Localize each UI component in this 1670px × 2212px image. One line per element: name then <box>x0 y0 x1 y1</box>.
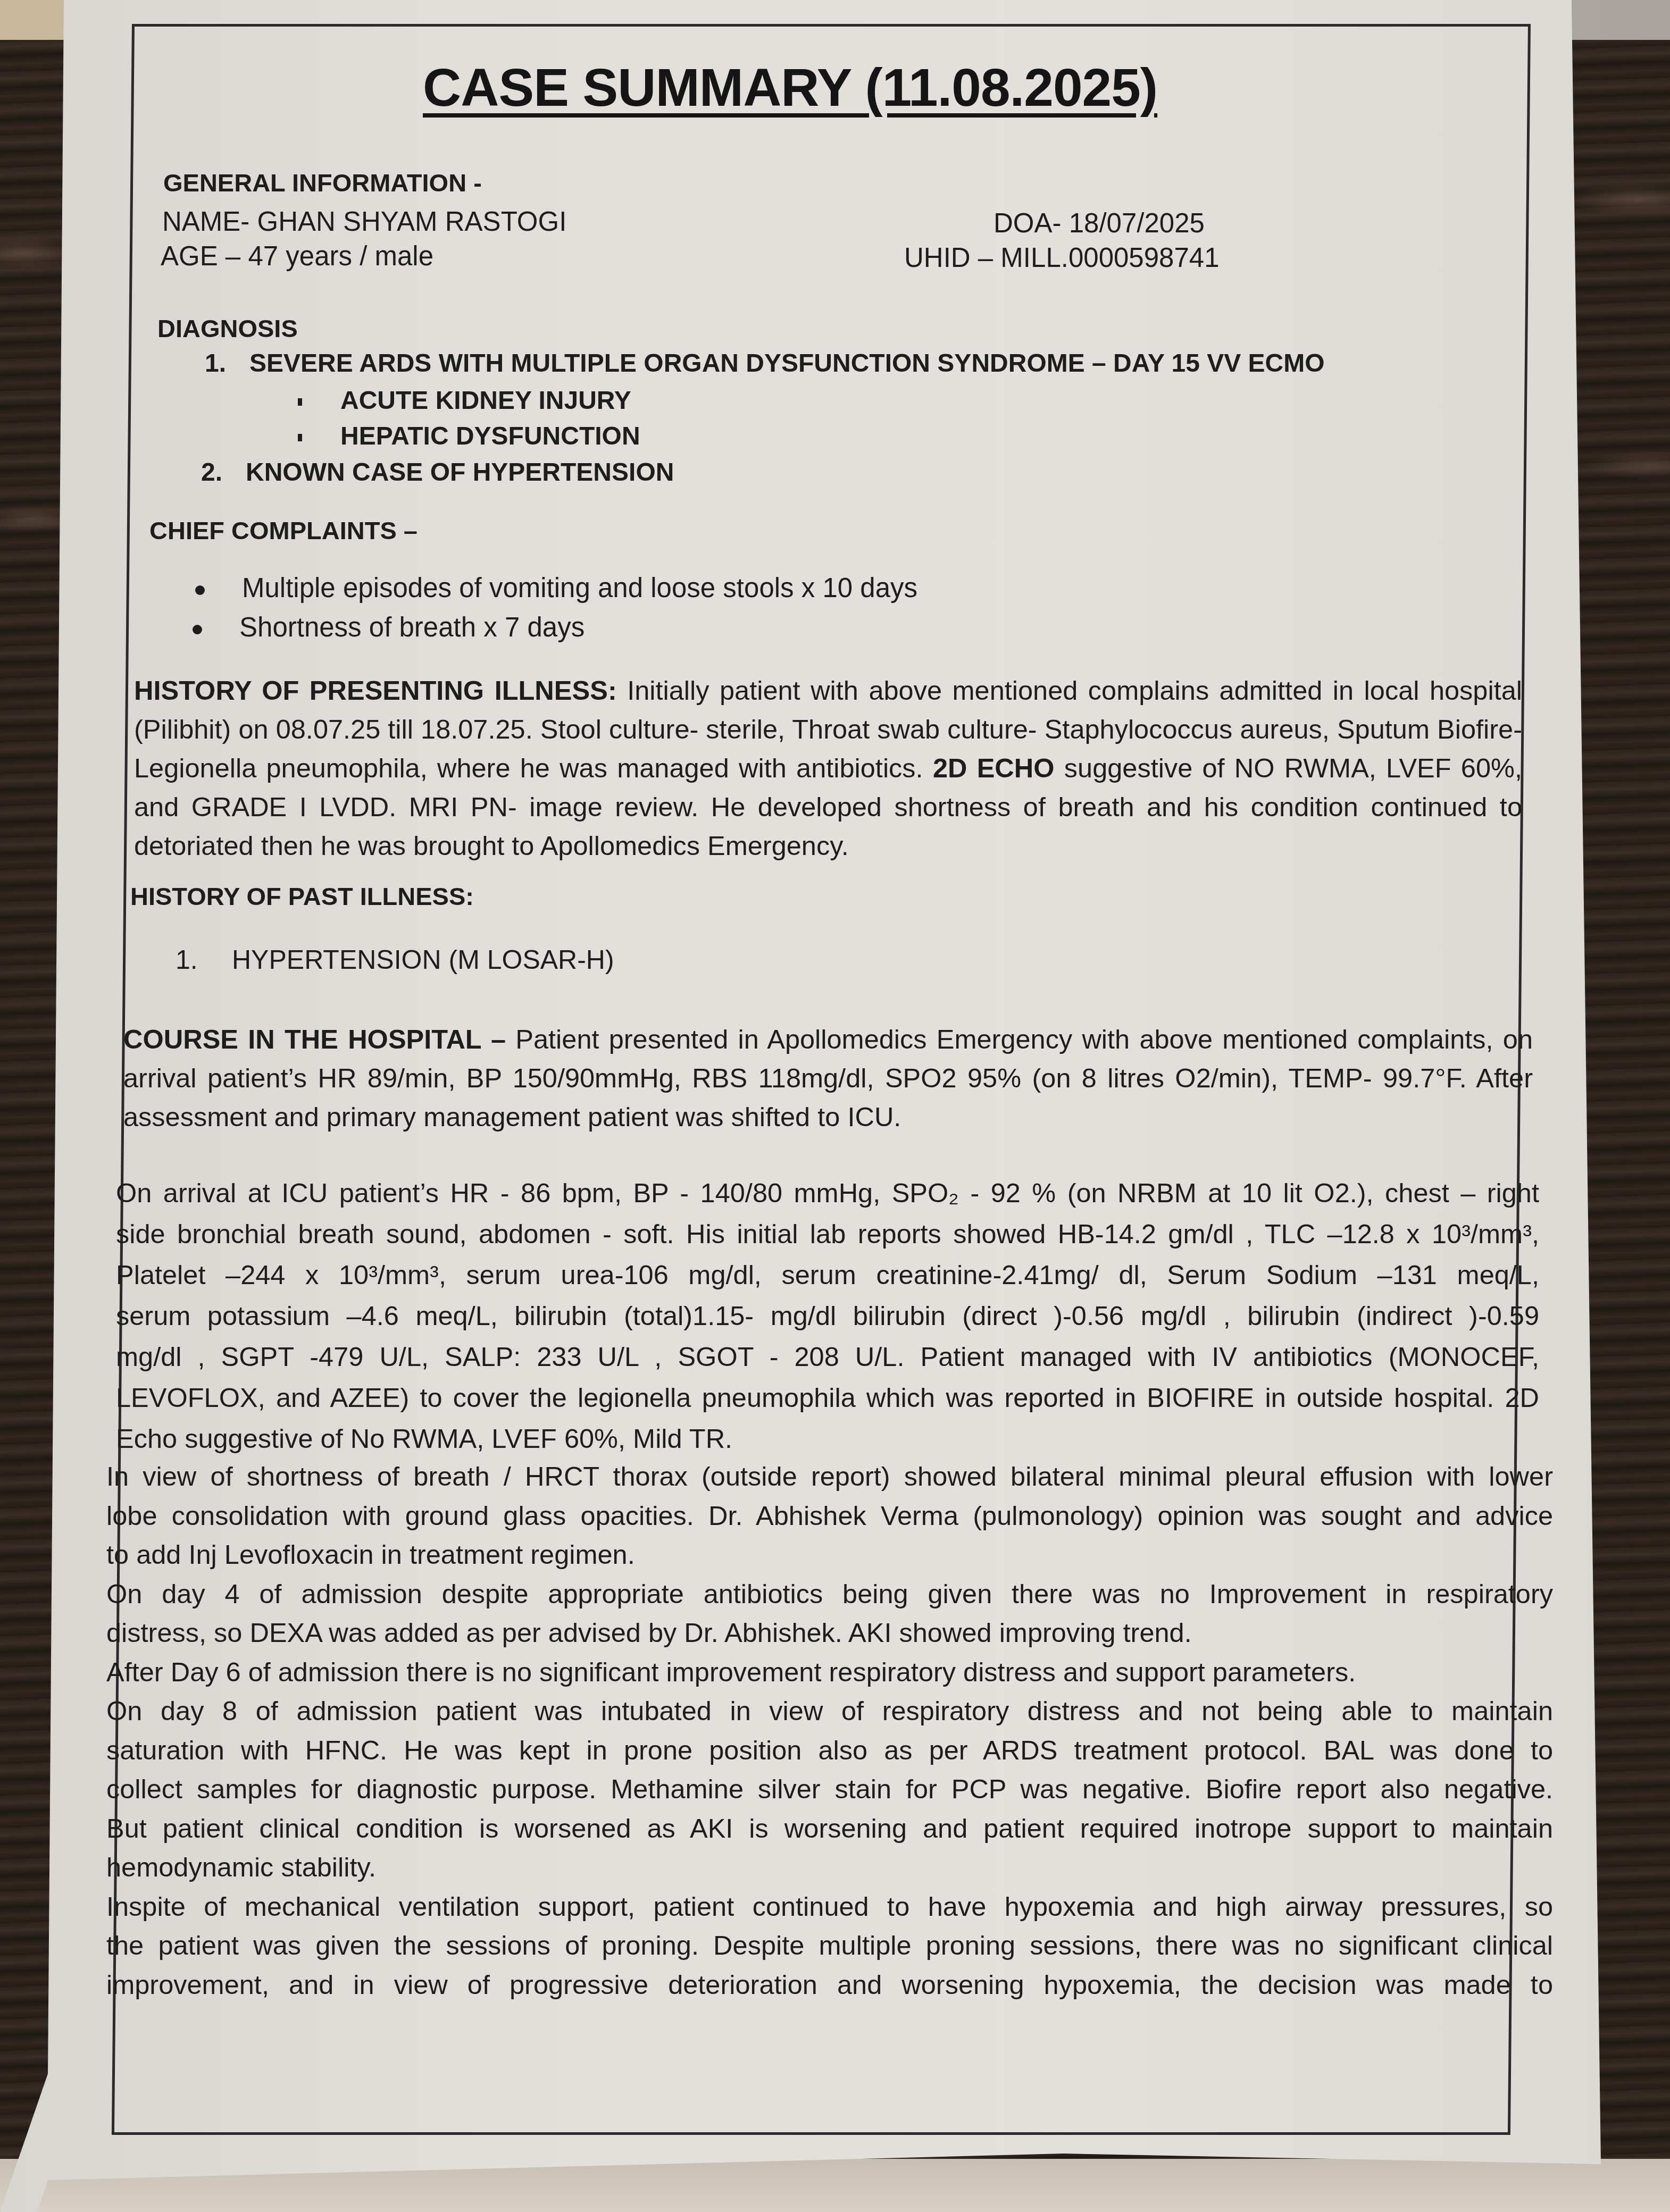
diagnosis-number: 1. <box>205 349 249 378</box>
past-illness-heading: HISTORY OF PAST ILLNESS: <box>130 882 474 911</box>
course-in-hospital: COURSE IN THE HOSPITAL – Patient present… <box>123 1020 1533 1136</box>
paragraph-line: mg/dl , SGPT -479 U/L, SALP: 233 U/L , S… <box>116 1336 1539 1377</box>
history-presenting-illness: HISTORY OF PRESENTING ILLNESS: Initially… <box>134 671 1522 865</box>
paragraph-line: On day 4 of admission despite appropriat… <box>106 1574 1553 1614</box>
paragraph-line: lobe consolidation with ground glass opa… <box>106 1496 1553 1536</box>
square-bullet-icon <box>298 434 302 441</box>
paragraph-line: distress, so DEXA was added as per advis… <box>106 1613 1553 1653</box>
paragraph-line: to add Inj Levofloxacin in treatment reg… <box>106 1535 1553 1574</box>
paragraph-line: On day 8 of admission patient was intuba… <box>106 1691 1553 1731</box>
case-summary-document: CASE SUMMARY (11.08.2025) GENERAL INFORM… <box>0 0 1670 2212</box>
hpi-heading: HISTORY OF PRESENTING ILLNESS: <box>134 675 617 706</box>
chief-complaints-heading: CHIEF COMPLAINTS – <box>149 516 417 545</box>
paragraph-line: But patient clinical condition is worsen… <box>106 1809 1553 1848</box>
paragraph-line: serum potassium –4.6 meq/L, bilirubin (t… <box>116 1295 1539 1336</box>
paragraph-line: side bronchial breath sound, abdomen - s… <box>116 1213 1539 1254</box>
date-of-admission: DOA- 18/07/2025 <box>993 207 1205 239</box>
paragraph-line: LEVOFLOX, and AZEE) to cover the legione… <box>116 1377 1539 1418</box>
square-bullet-icon <box>298 398 302 406</box>
diagnosis-subitem-text: ACUTE KIDNEY INJURY <box>340 387 631 415</box>
diagnosis-number: 2. <box>201 458 246 487</box>
hpi-echo-label: 2D ECHO <box>933 753 1055 783</box>
patient-uhid: UHID – MILL.0000598741 <box>904 242 1220 273</box>
bullet-icon <box>193 625 202 634</box>
past-illness-text: HYPERTENSION (M LOSAR-H) <box>232 945 614 975</box>
paragraph-line: After Day 6 of admission there is no sig… <box>106 1653 1553 1692</box>
diagnosis-text: KNOWN CASE OF HYPERTENSION <box>246 458 674 487</box>
paragraph-line: improvement, and in view of progressive … <box>106 1965 1553 2005</box>
diagnosis-subitem: ACUTE KIDNEY INJURY <box>298 386 631 415</box>
diagnosis-subitem: HEPATIC DYSFUNCTION <box>298 422 640 451</box>
complaint-text: Shortness of breath x 7 days <box>239 612 584 642</box>
paragraph-line: collect samples for diagnostic purpose. … <box>106 1770 1553 1809</box>
paragraph-line: hemodynamic stability. <box>106 1848 1553 1887</box>
paragraph-line: Inspite of mechanical ventilation suppor… <box>106 1887 1553 1926</box>
complaint-item: Multiple episodes of vomiting and loose … <box>195 572 917 604</box>
complaint-text: Multiple episodes of vomiting and loose … <box>242 573 917 603</box>
icu-arrival-paragraph: On arrival at ICU patient’s HR - 86 bpm,… <box>116 1172 1539 1459</box>
paragraph-line: In view of shortness of breath / HRCT th… <box>106 1457 1553 1496</box>
complaint-item: Shortness of breath x 7 days <box>193 611 584 643</box>
paragraph-line: Echo suggestive of No RWMA, LVEF 60%, Mi… <box>116 1418 1539 1459</box>
paragraph-line: Platelet –244 x 10³/mm³, serum urea-106 … <box>116 1254 1539 1295</box>
general-information-heading: GENERAL INFORMATION - <box>163 168 482 197</box>
diagnosis-heading: DIAGNOSIS <box>157 314 298 343</box>
diagnosis-item-2: 2.KNOWN CASE OF HYPERTENSION <box>201 458 674 487</box>
diagnosis-item-1: 1.SEVERE ARDS WITH MULTIPLE ORGAN DYSFUN… <box>205 349 1325 378</box>
hospital-progress-paragraph: In view of shortness of breath / HRCT th… <box>106 1457 1553 2004</box>
bullet-icon <box>195 585 205 595</box>
course-heading: COURSE IN THE HOSPITAL – <box>123 1024 506 1054</box>
patient-age-sex: AGE – 47 years / male <box>161 240 433 272</box>
paragraph-line: saturation with HFNC. He was kept in pro… <box>106 1731 1553 1770</box>
paragraph-line: On arrival at ICU patient’s HR - 86 bpm,… <box>116 1172 1539 1213</box>
diagnosis-text: SEVERE ARDS WITH MULTIPLE ORGAN DYSFUNCT… <box>249 349 1325 378</box>
paragraph-line: the patient was given the sessions of pr… <box>106 1926 1553 1965</box>
past-illness-item: 1.HYPERTENSION (M LOSAR-H) <box>176 944 614 975</box>
document-title: CASE SUMMARY (11.08.2025) <box>423 57 1157 119</box>
diagnosis-subitem-text: HEPATIC DYSFUNCTION <box>340 422 640 450</box>
past-illness-number: 1. <box>176 944 232 975</box>
patient-name: NAME- GHAN SHYAM RASTOGI <box>162 206 566 237</box>
